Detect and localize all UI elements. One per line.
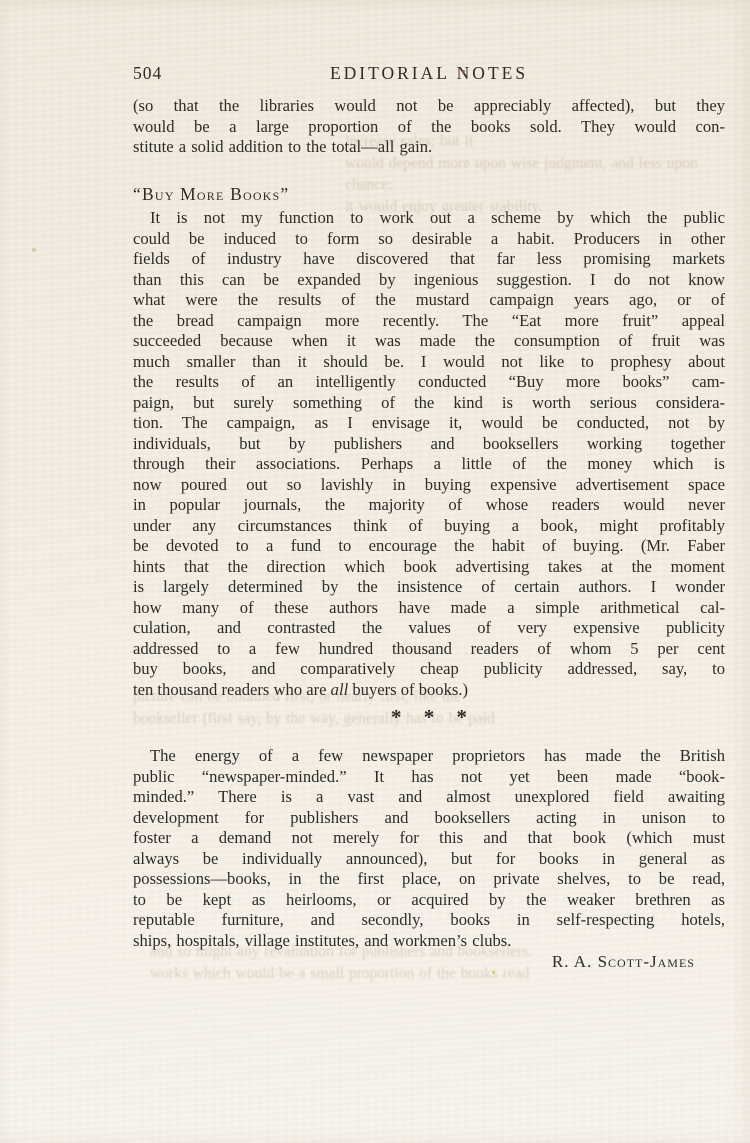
text-line: buy books, and comparatively cheap publi…	[133, 659, 725, 680]
text-line: succeeded because when it was made the c…	[133, 331, 725, 352]
text-line: It is not my function to work out a sche…	[133, 208, 725, 229]
text-line: now poured out so lavishly in buying exp…	[133, 475, 725, 496]
text-line: The energy of a few newspaper proprietor…	[133, 746, 725, 767]
text-line: individuals, but by publishers and books…	[133, 434, 725, 455]
text-line: to be kept as heirlooms, or acquired by …	[133, 890, 725, 911]
section-heading: “Buy More Books”	[133, 184, 725, 205]
paragraph-continuation: (so that the libraries would not be appr…	[133, 96, 725, 158]
text-line: public “newspaper-minded.” It has not ye…	[133, 767, 725, 788]
text-line: the bread campaign more recently. The “E…	[133, 311, 725, 332]
text-line: under any circumstances think of buying …	[133, 516, 725, 537]
text-line: much smaller than it should be. I would …	[133, 352, 725, 373]
text-line: addressed to a few hundred thousand read…	[133, 639, 725, 660]
text-line: through their associations. Perhaps a li…	[133, 454, 725, 475]
final-line-text-before: ten thousand readers who are	[133, 680, 331, 699]
page-header: 504 EDITORIAL NOTES	[133, 62, 725, 84]
text-line: development for publishers and bookselle…	[133, 808, 725, 829]
paragraph-buy-more-books: It is not my function to work out a sche…	[133, 208, 725, 680]
text-column: (so that the libraries would not be appr…	[133, 96, 725, 972]
text-line: tion. The campaign, as I envisage it, wo…	[133, 413, 725, 434]
text-line: minded.” There is a vast and almost unex…	[133, 787, 725, 808]
text-line: always be individually announced), but f…	[133, 849, 725, 870]
paragraph-final-line: ten thousand readers who are all buyers …	[133, 680, 725, 701]
text-line: (so that the libraries would not be appr…	[133, 96, 725, 117]
text-line: is largely determined by the insistence …	[133, 577, 725, 598]
italic-word: all	[331, 680, 349, 699]
text-line: could be induced to form so desirable a …	[133, 229, 725, 250]
text-line: foster a demand not merely for this and …	[133, 828, 725, 849]
text-line: would be a large proportion of the books…	[133, 117, 725, 138]
text-line: culation, and contrasted the values of v…	[133, 618, 725, 639]
page-number: 504	[133, 62, 162, 84]
scan-speck	[32, 248, 36, 252]
text-line: the results of an intelligently conducte…	[133, 372, 725, 393]
text-line: reputable furniture, and secondly, books…	[133, 910, 725, 931]
author-signature: R. A. Scott-James	[133, 951, 725, 972]
text-line: fields of industry have discovered that …	[133, 249, 725, 270]
text-line: paign, but surely something of the kind …	[133, 393, 725, 414]
scanned-book-page: increase sales; but itwould depend more …	[0, 0, 750, 1143]
paragraph-closing: The energy of a few newspaper proprietor…	[133, 746, 725, 951]
text-line: stitute a solid addition to the total—al…	[133, 137, 725, 158]
text-line: than this can be expanded by ingenious s…	[133, 270, 725, 291]
text-line: ships, hospitals, village institutes, an…	[133, 931, 725, 952]
asterisk-separator: * * *	[133, 704, 725, 726]
text-line: hints that the direction which book adve…	[133, 557, 725, 578]
text-line: how many of these authors have made a si…	[133, 598, 725, 619]
text-line: possessions—books, in the first place, o…	[133, 869, 725, 890]
text-line: be devoted to a fund to encourage the ha…	[133, 536, 725, 557]
text-line: what were the results of the mustard cam…	[133, 290, 725, 311]
text-line: in popular journals, the majority of who…	[133, 495, 725, 516]
running-title: EDITORIAL NOTES	[330, 62, 528, 84]
final-line-text-after: buyers of books.)	[348, 680, 468, 699]
